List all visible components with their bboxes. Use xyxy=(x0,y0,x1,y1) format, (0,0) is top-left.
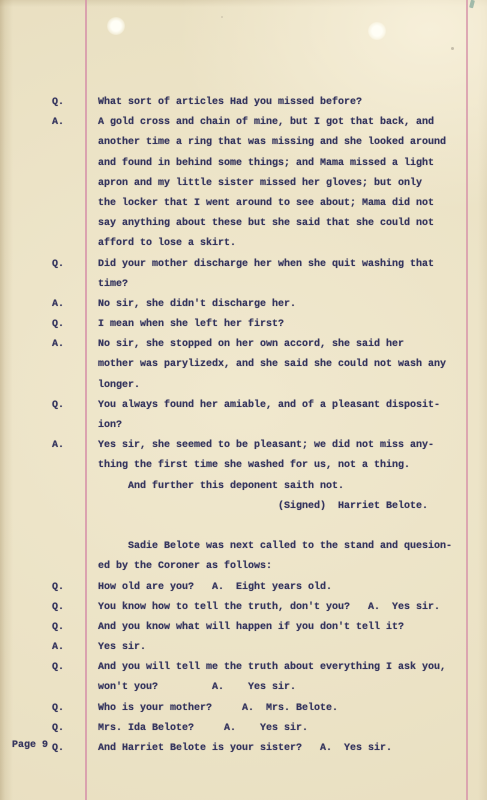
transcript-line: Q.And you will tell me the truth about e… xyxy=(98,658,473,678)
transcript-line: Q.And you know what will happen if you d… xyxy=(98,618,473,638)
transcript-line: Q.You know how to tell the truth, don't … xyxy=(98,598,473,618)
line-text: mother was parylizedx, and she said she … xyxy=(98,359,446,370)
transcript-line: Q.Mrs. Ida Belote? A. Yes sir. xyxy=(98,719,473,739)
line-text: No sir, she didn't discharge her. xyxy=(98,299,296,310)
transcript-line: say anything about these but she said th… xyxy=(98,214,473,234)
line-text: thing the first time she washed for us, … xyxy=(98,460,410,471)
line-text: What sort of articles Had you missed bef… xyxy=(98,97,362,108)
line-text: Did your mother discharge her when she q… xyxy=(98,259,434,270)
qa-label: Q. xyxy=(52,93,64,113)
transcript-line: mother was parylizedx, and she said she … xyxy=(98,355,473,375)
line-text: the locker that I went around to see abo… xyxy=(98,198,434,209)
pen-mark xyxy=(469,0,475,8)
document-page: Q.What sort of articles Had you missed b… xyxy=(0,0,487,800)
line-text: And you will tell me the truth about eve… xyxy=(98,662,446,673)
qa-label: A. xyxy=(52,436,64,456)
transcript-line: Q.Who is your mother? A. Mrs. Belote. xyxy=(98,699,473,719)
transcript-line: Q.What sort of articles Had you missed b… xyxy=(98,93,473,113)
qa-label: A. xyxy=(52,113,64,133)
line-text: No sir, she stopped on her own accord, s… xyxy=(98,339,404,350)
transcript-line: A.A gold cross and chain of mine, but I … xyxy=(98,113,473,133)
line-text: A gold cross and chain of mine, but I go… xyxy=(98,117,434,128)
line-text: (Signed) Harriet Belote. xyxy=(98,501,428,512)
transcript-line: ed by the Coroner as follows: xyxy=(98,557,473,577)
qa-label: A. xyxy=(52,335,64,355)
line-text: Sadie Belote was next called to the stan… xyxy=(98,541,452,552)
qa-label: Q. xyxy=(52,396,64,416)
line-text: How old are you? A. Eight years old. xyxy=(98,582,332,593)
line-text: ed by the Coroner as follows: xyxy=(98,561,272,572)
line-text: Yes sir. xyxy=(98,642,146,653)
transcript-line: longer. xyxy=(98,376,473,396)
transcript-line: A.Yes sir, she seemed to be pleasant; we… xyxy=(98,436,473,456)
qa-label: Q. xyxy=(52,719,64,739)
page-number: Page 9 xyxy=(12,740,48,751)
line-text: afford to lose a skirt. xyxy=(98,238,236,249)
transcript: Q.What sort of articles Had you missed b… xyxy=(98,93,473,759)
qa-label: A. xyxy=(52,295,64,315)
transcript-line: time? xyxy=(98,275,473,295)
line-text: And further this deponent saith not. xyxy=(98,481,344,492)
transcript-line: A.Yes sir. xyxy=(98,638,473,658)
qa-label: Q. xyxy=(52,598,64,618)
line-text: and found in behind some things; and Mam… xyxy=(98,158,434,169)
transcript-line: A.No sir, she stopped on her own accord,… xyxy=(98,335,473,355)
transcript-line: (Signed) Harriet Belote. xyxy=(98,497,473,517)
line-text: Yes sir, she seemed to be pleasant; we d… xyxy=(98,440,434,451)
qa-label: Q. xyxy=(52,315,64,335)
punch-hole-right xyxy=(368,22,386,40)
line-text: time? xyxy=(98,279,128,290)
transcript-line: Q.You always found her amiable, and of a… xyxy=(98,396,473,416)
transcript-line: thing the first time she washed for us, … xyxy=(98,456,473,476)
qa-label: Q. xyxy=(52,578,64,598)
qa-label: Q. xyxy=(52,255,64,275)
line-text: won't you? A. Yes sir. xyxy=(98,682,296,693)
punch-hole-left xyxy=(107,17,125,35)
transcript-line: Q.Did your mother discharge her when she… xyxy=(98,255,473,275)
transcript-line: afford to lose a skirt. xyxy=(98,234,473,254)
qa-label: Q. xyxy=(52,699,64,719)
line-text: Who is your mother? A. Mrs. Belote. xyxy=(98,703,338,714)
transcript-line: and found in behind some things; and Mam… xyxy=(98,154,473,174)
transcript-line: won't you? A. Yes sir. xyxy=(98,678,473,698)
transcript-line: Q.I mean when she left her first? xyxy=(98,315,473,335)
line-text: Mrs. Ida Belote? A. Yes sir. xyxy=(98,723,308,734)
transcript-line: And further this deponent saith not. xyxy=(98,477,473,497)
transcript-line: Q.And Harriet Belote is your sister? A. … xyxy=(98,739,473,759)
line-text: And you know what will happen if you don… xyxy=(98,622,404,633)
line-text xyxy=(98,521,104,532)
line-text: say anything about these but she said th… xyxy=(98,218,434,229)
line-text: another time a ring that was missing and… xyxy=(98,137,446,148)
transcript-line: Sadie Belote was next called to the stan… xyxy=(98,537,473,557)
qa-label: Q. xyxy=(52,658,64,678)
transcript-line: ion? xyxy=(98,416,473,436)
qa-label: Q. xyxy=(52,739,64,759)
paper-speck xyxy=(451,47,454,50)
left-margin-rule xyxy=(85,0,87,800)
line-text: I mean when she left her first? xyxy=(98,319,284,330)
line-text: ion? xyxy=(98,420,122,431)
transcript-line: Q.How old are you? A. Eight years old. xyxy=(98,578,473,598)
transcript-line xyxy=(98,517,473,537)
transcript-line: another time a ring that was missing and… xyxy=(98,133,473,153)
line-text: You always found her amiable, and of a p… xyxy=(98,400,440,411)
line-text: You know how to tell the truth, don't yo… xyxy=(98,602,440,613)
qa-label: Q. xyxy=(52,618,64,638)
line-text: And Harriet Belote is your sister? A. Ye… xyxy=(98,743,392,754)
line-text: longer. xyxy=(98,380,140,391)
paper-speck xyxy=(221,16,223,18)
transcript-line: the locker that I went around to see abo… xyxy=(98,194,473,214)
transcript-line: A.No sir, she didn't discharge her. xyxy=(98,295,473,315)
transcript-line: apron and my little sister missed her gl… xyxy=(98,174,473,194)
qa-label: A. xyxy=(52,638,64,658)
line-text: apron and my little sister missed her gl… xyxy=(98,178,422,189)
